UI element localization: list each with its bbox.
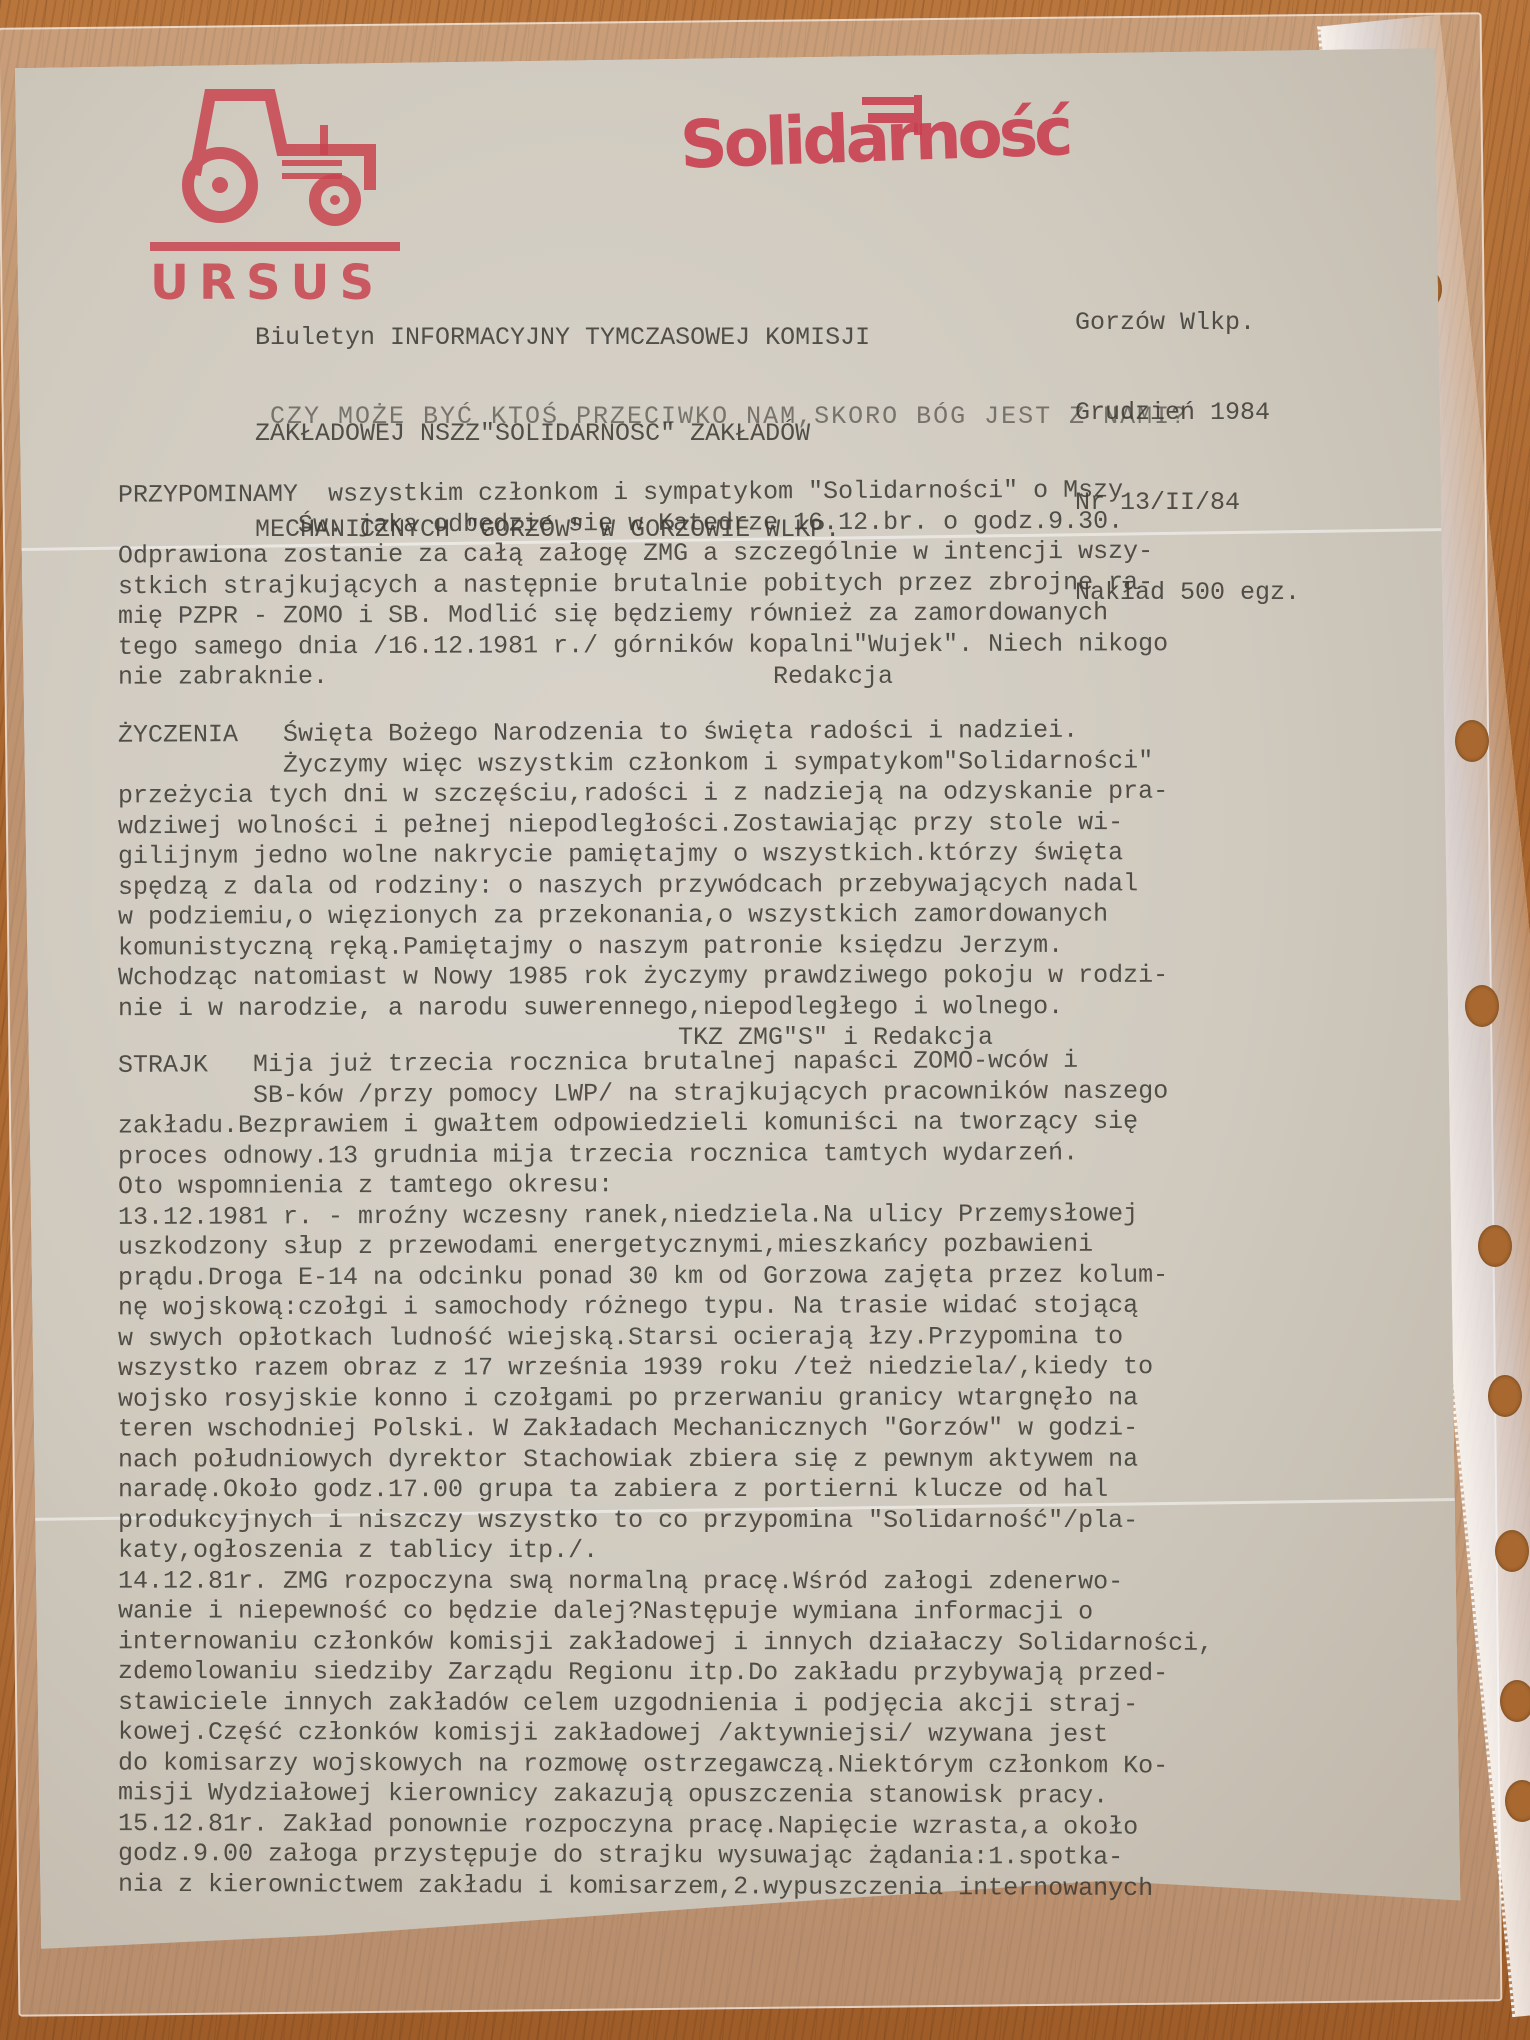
body-line: nę wojskową:czołgi i samochody różnego t… — [118, 1291, 1213, 1324]
body-line: Życzymy więc wszystkim członkom i sympat… — [118, 746, 1168, 782]
body-line: proces odnowy.13 grudnia mija trzecia ro… — [118, 1137, 1213, 1172]
body-line: zakładu.Bezprawiem i gwałtem odpowiedzie… — [118, 1107, 1213, 1142]
punch-hole — [1465, 985, 1499, 1027]
stamp-underline — [150, 242, 400, 251]
body-line: komunistyczną ręką.Pamiętajmy o naszym p… — [118, 930, 1168, 963]
body-line: prądu.Droga E-14 na odcinku ponad 30 km … — [118, 1260, 1213, 1294]
punch-hole — [1500, 1680, 1530, 1722]
body-line: 14.12.81r. ZMG rozpoczyna swą normalną p… — [118, 1566, 1213, 1597]
body-line: 15.12.81r. Zakład ponownie rozpoczyna pr… — [118, 1809, 1213, 1843]
headline: CZY MOŻE BYĆ KTOŚ PRZECIWKO NAM,SKORO BÓ… — [270, 402, 1188, 431]
body-line: w swych opłotkach ludność wiejską.Starsi… — [118, 1321, 1213, 1354]
body-line: wanie i niepewność co będzie dalej?Nastę… — [118, 1596, 1213, 1628]
section-przypominamy: PRZYPOMINAMY wszystkim członkom i sympat… — [118, 478, 1168, 692]
body-line: teren wschodniej Polski. W Zakładach Mec… — [118, 1413, 1213, 1445]
body-line: produkcyjnych i niszczy wszystko to co p… — [118, 1506, 1213, 1537]
body-line: nia z kierownictwem zakładu i komisarzem… — [118, 1869, 1213, 1904]
tractor-icon — [170, 85, 380, 235]
section-strajk: STRAJK Mija już trzecia rocznica brutaln… — [118, 1048, 1213, 1902]
body-line: tego samego dnia /16.12.1981 r./ górnikó… — [118, 629, 1168, 663]
body-line: nie zabraknie. — [118, 659, 1168, 693]
body-line: Odprawiona zostanie za całą załogę ZMG a… — [118, 537, 1168, 572]
punch-hole — [1495, 1530, 1529, 1572]
place: Gorzów Wlkp. — [1075, 308, 1300, 338]
body-line: gilijnym jedno wolne nakrycie pamiętajmy… — [118, 838, 1168, 873]
body-line: zdemolowaniu siedziby Zarządu Regionu it… — [118, 1657, 1213, 1689]
body-line: PRZYPOMINAMY wszystkim członkom i sympat… — [118, 475, 1168, 511]
body-line: stawiciele innych zakładów celem uzgodni… — [118, 1687, 1213, 1720]
punch-hole — [1478, 1225, 1512, 1267]
body-line: Oto wspomnienia z tamtego okresu: — [118, 1168, 1213, 1203]
body-line: kowej.Część członków komisji zakładowej … — [118, 1718, 1213, 1751]
section-zyczenia: ŻYCZENIA Święta Bożego Narodzenia to świ… — [118, 718, 1168, 1054]
body-line: Św. jaka odbędzie się w Katedrze 16.12.b… — [118, 506, 1168, 542]
body-line: Wchodząc natomiast w Nowy 1985 rok życzy… — [118, 961, 1168, 994]
body-line: nie i w narodzie, a narodu suwerennego,n… — [118, 991, 1168, 1024]
body-line: godz.9.00 załoga przystępuje do strajku … — [118, 1839, 1213, 1874]
body-line: katy,ogłoszenia z tablicy itp./. — [118, 1536, 1213, 1567]
punch-hole — [1455, 720, 1489, 762]
body-line: wojsko rosyjskie konno i czołgami po prz… — [118, 1383, 1213, 1415]
body-line: ŻYCZENIA Święta Bożego Narodzenia to świ… — [118, 715, 1168, 751]
body-line: mię PZPR - ZOMO i SB. Modlić się będziem… — [118, 598, 1168, 633]
body-line: STRAJK Mija już trzecia rocznica brutaln… — [118, 1045, 1213, 1081]
body-line: internowaniu członków komisji zakładowej… — [118, 1627, 1213, 1659]
body-line: stkich strajkujących a następnie brutaln… — [118, 567, 1168, 602]
body-line: spędzą z dala od rodziny: o naszych przy… — [118, 869, 1168, 903]
body-line: wszystko razem obraz z 17 września 1939 … — [118, 1352, 1213, 1384]
body-line: w podziemiu,o więzionych za przekonania,… — [118, 899, 1168, 933]
body-line: przeżycia tych dni w szczęściu,radości i… — [118, 777, 1168, 812]
body-line: nach południowych dyrektor Stachowiak zb… — [118, 1444, 1213, 1475]
body-line: 13.12.1981 r. - mroźny wczesny ranek,nie… — [118, 1199, 1213, 1233]
punch-hole — [1488, 1375, 1522, 1417]
body-line: uszkodzony słup z przewodami energetyczn… — [118, 1229, 1213, 1263]
body-line: misji Wydziałowej kierownicy zakazują op… — [118, 1778, 1213, 1812]
body-line: wdziwej wolności i pełnej niepodległości… — [118, 807, 1168, 842]
solidarnosc-logo: Solidarność — [679, 93, 1071, 184]
body-line: do komisarzy wojskowych na rozmowę ostrz… — [118, 1748, 1213, 1782]
body-line: naradę.Około godz.17.00 grupa ta zabiera… — [118, 1475, 1213, 1506]
title-line: Biuletyn INFORMACYJNY TYMCZASOWEJ KOMISJ… — [255, 322, 870, 354]
